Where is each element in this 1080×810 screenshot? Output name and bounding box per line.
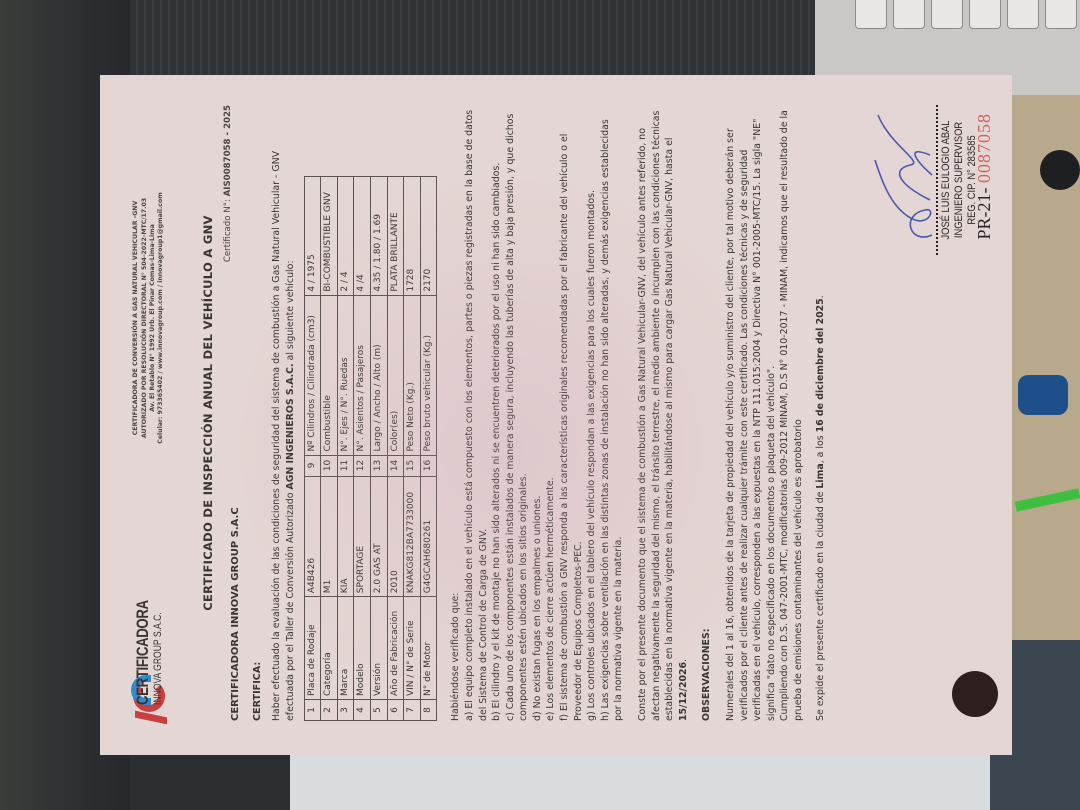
table-cell: 3 [337,700,354,721]
table-cell: Largo / Ancho / Alto (m) [370,295,387,455]
table-cell: Nº Cilindros / Cilindrada (cm3) [304,295,321,455]
certificate-photo: CERTIFICADORA INNOVA GROUP S.A.C. CERTIF… [100,75,1012,755]
table-cell: 1728 [404,177,421,296]
table-cell: M1 [321,476,338,597]
document-header: CERTIFICADORA INNOVA GROUP S.A.C. CERTIF… [118,105,180,721]
table-cell: 12 [354,455,371,476]
table-row: 8N° de MotorG4GCAH68026116Peso bruto veh… [420,177,437,721]
table-cell: 7 [404,700,421,721]
table-row: 7VIN / N° de SerieKNAKG812BA773300015Pes… [404,177,421,721]
table-cell: 13 [370,455,387,476]
table-cell: 11 [337,455,354,476]
document-title: CERTIFICADO DE INSPECCIÓN ANUAL DEL VEHÍ… [202,105,216,721]
table-cell: BI-COMBUSTIBLE GNV [321,177,338,296]
table-cell: 9 [304,455,321,476]
table-cell: 2010 [387,476,404,597]
logo-line-2: INNOVA GROUP S.A.C. [153,601,164,706]
list-item: h) Las exigencias sobre ventilación en l… [599,105,626,721]
table-cell: Categoría [321,597,338,700]
table-cell: 14 [387,455,404,476]
vehicle-table: 1Placa de RodajeA4B4269Nº Cilindros / Ci… [304,176,438,721]
observations-text: Numerales del 1 al 16, obtenidos de la t… [724,105,806,721]
list-item: b) El cilindro y el kit de montaje no ha… [490,105,504,721]
table-cell: SPORTAGE [354,476,371,597]
info-line: AUTORIZADO POR RESOLUCIÓN DIRECTORAL N° … [141,105,149,531]
conste-paragraph: Conste por el presente documento que el … [636,105,690,721]
signature-line [936,105,938,255]
table-cell: A4B426 [304,476,321,597]
table-cell: 4 / 1975 [304,177,321,296]
ig-logo-icon [129,709,169,721]
info-line: Celular: 973365402 / www.innovagroup.com… [157,105,165,531]
table-cell: 5 [370,700,387,721]
table-cell: 15 [404,455,421,476]
certifica-heading: CERTIFICA: [251,105,265,721]
list-item: g) Los controles ubicados en el tablero … [585,105,599,721]
table-cell: Marca [337,597,354,700]
verification-title: Habiéndose verificado que: [449,105,463,721]
observations-heading: OBSERVACIONES: [700,105,714,721]
table-cell: PLATA BRILLANTE [387,177,404,296]
signature-scribble-icon [870,105,940,255]
info-line: CERTIFICADORA DE CONVERSIÓN A GAS NATURA… [132,105,140,531]
table-cell: 4 [354,700,371,721]
table-cell: 8 [420,700,437,721]
list-item: f) El sistema de combustión a GNV respon… [558,105,585,721]
table-row: 6Año de Fabricación201014Color(es)PLATA … [387,177,404,721]
table-cell: Año de Fabricación [387,597,404,700]
certificate-document: CERTIFICADORA INNOVA GROUP S.A.C. CERTIF… [100,75,1012,755]
table-cell: 16 [420,455,437,476]
company-info: CERTIFICADORA DE CONVERSIÓN A GAS NATURA… [132,105,166,571]
table-cell: KNAKG812BA7733000 [404,476,421,597]
background-clip [1018,375,1068,415]
table-cell: 2.0 GAS AT [370,476,387,597]
table-row: 2CategoríaM110CombustibleBI-COMBUSTIBLE … [321,177,338,721]
table-row: 5Versión2.0 GAS AT13Largo / Ancho / Alto… [370,177,387,721]
table-cell: Placa de Rodaje [304,597,321,700]
serial-number: PR-21- 0087058 [978,113,992,240]
table-cell: 4 /4 [354,177,371,296]
table-row: 3MarcaKIA11N°. Ejes / N°. Ruedas2 / 4 [337,177,354,721]
table-cell: 2170 [420,177,437,296]
table-cell: Peso Neto (Kg.) [404,295,421,455]
table-cell: N°. Ejes / N°. Ruedas [337,295,354,455]
table-cell: 1 [304,700,321,721]
table-cell: 2 [321,700,338,721]
table-cell: VIN / N° de Serie [404,597,421,700]
table-cell: N° de Motor [420,597,437,700]
list-item: c) Cada uno de los componentes están ins… [504,105,531,721]
issued-statement: Se expide el presente certificado en la … [814,105,828,721]
table-cell: N°. Asientos / Pasajeros [354,295,371,455]
list-item: e) Los elementos de cierre actúen hermét… [544,105,558,721]
table-cell: 6 [387,700,404,721]
intro-text: Haber efectuado la evaluación de las con… [270,105,297,721]
company-logo: CERTIFICADORA INNOVA GROUP S.A.C. [129,571,169,721]
table-cell: Color(es) [387,295,404,455]
table-cell: Versión [370,597,387,700]
table-row: 1Placa de RodajeA4B4269Nº Cilindros / Ci… [304,177,321,721]
table-cell: Modelo [354,597,371,700]
table-cell: 10 [321,455,338,476]
verification-list: a) El equipo completo instalado en el ve… [463,105,626,721]
signature-block: JOSÉ LUIS EULOGIO ABAL INGENIERO SUPERVI… [870,105,990,255]
list-item: d) No existan fugas en los empalmes o un… [531,105,545,721]
table-cell: Peso bruto vehicular (Kg.) [420,295,437,455]
table-cell: Combustible [321,295,338,455]
table-cell: G4GCAH680261 [420,476,437,597]
background-cable [1040,150,1080,190]
table-cell: KIA [337,476,354,597]
table-cell: 2 / 4 [337,177,354,296]
logo-line-1: CERTIFICADORA [134,601,151,706]
table-row: 4ModeloSPORTAGE12N°. Asientos / Pasajero… [354,177,371,721]
table-cell: 4.35 / 1.80 / 1.69 [370,177,387,296]
list-item: a) El equipo completo instalado en el ve… [463,105,490,721]
punch-hole [952,671,998,717]
